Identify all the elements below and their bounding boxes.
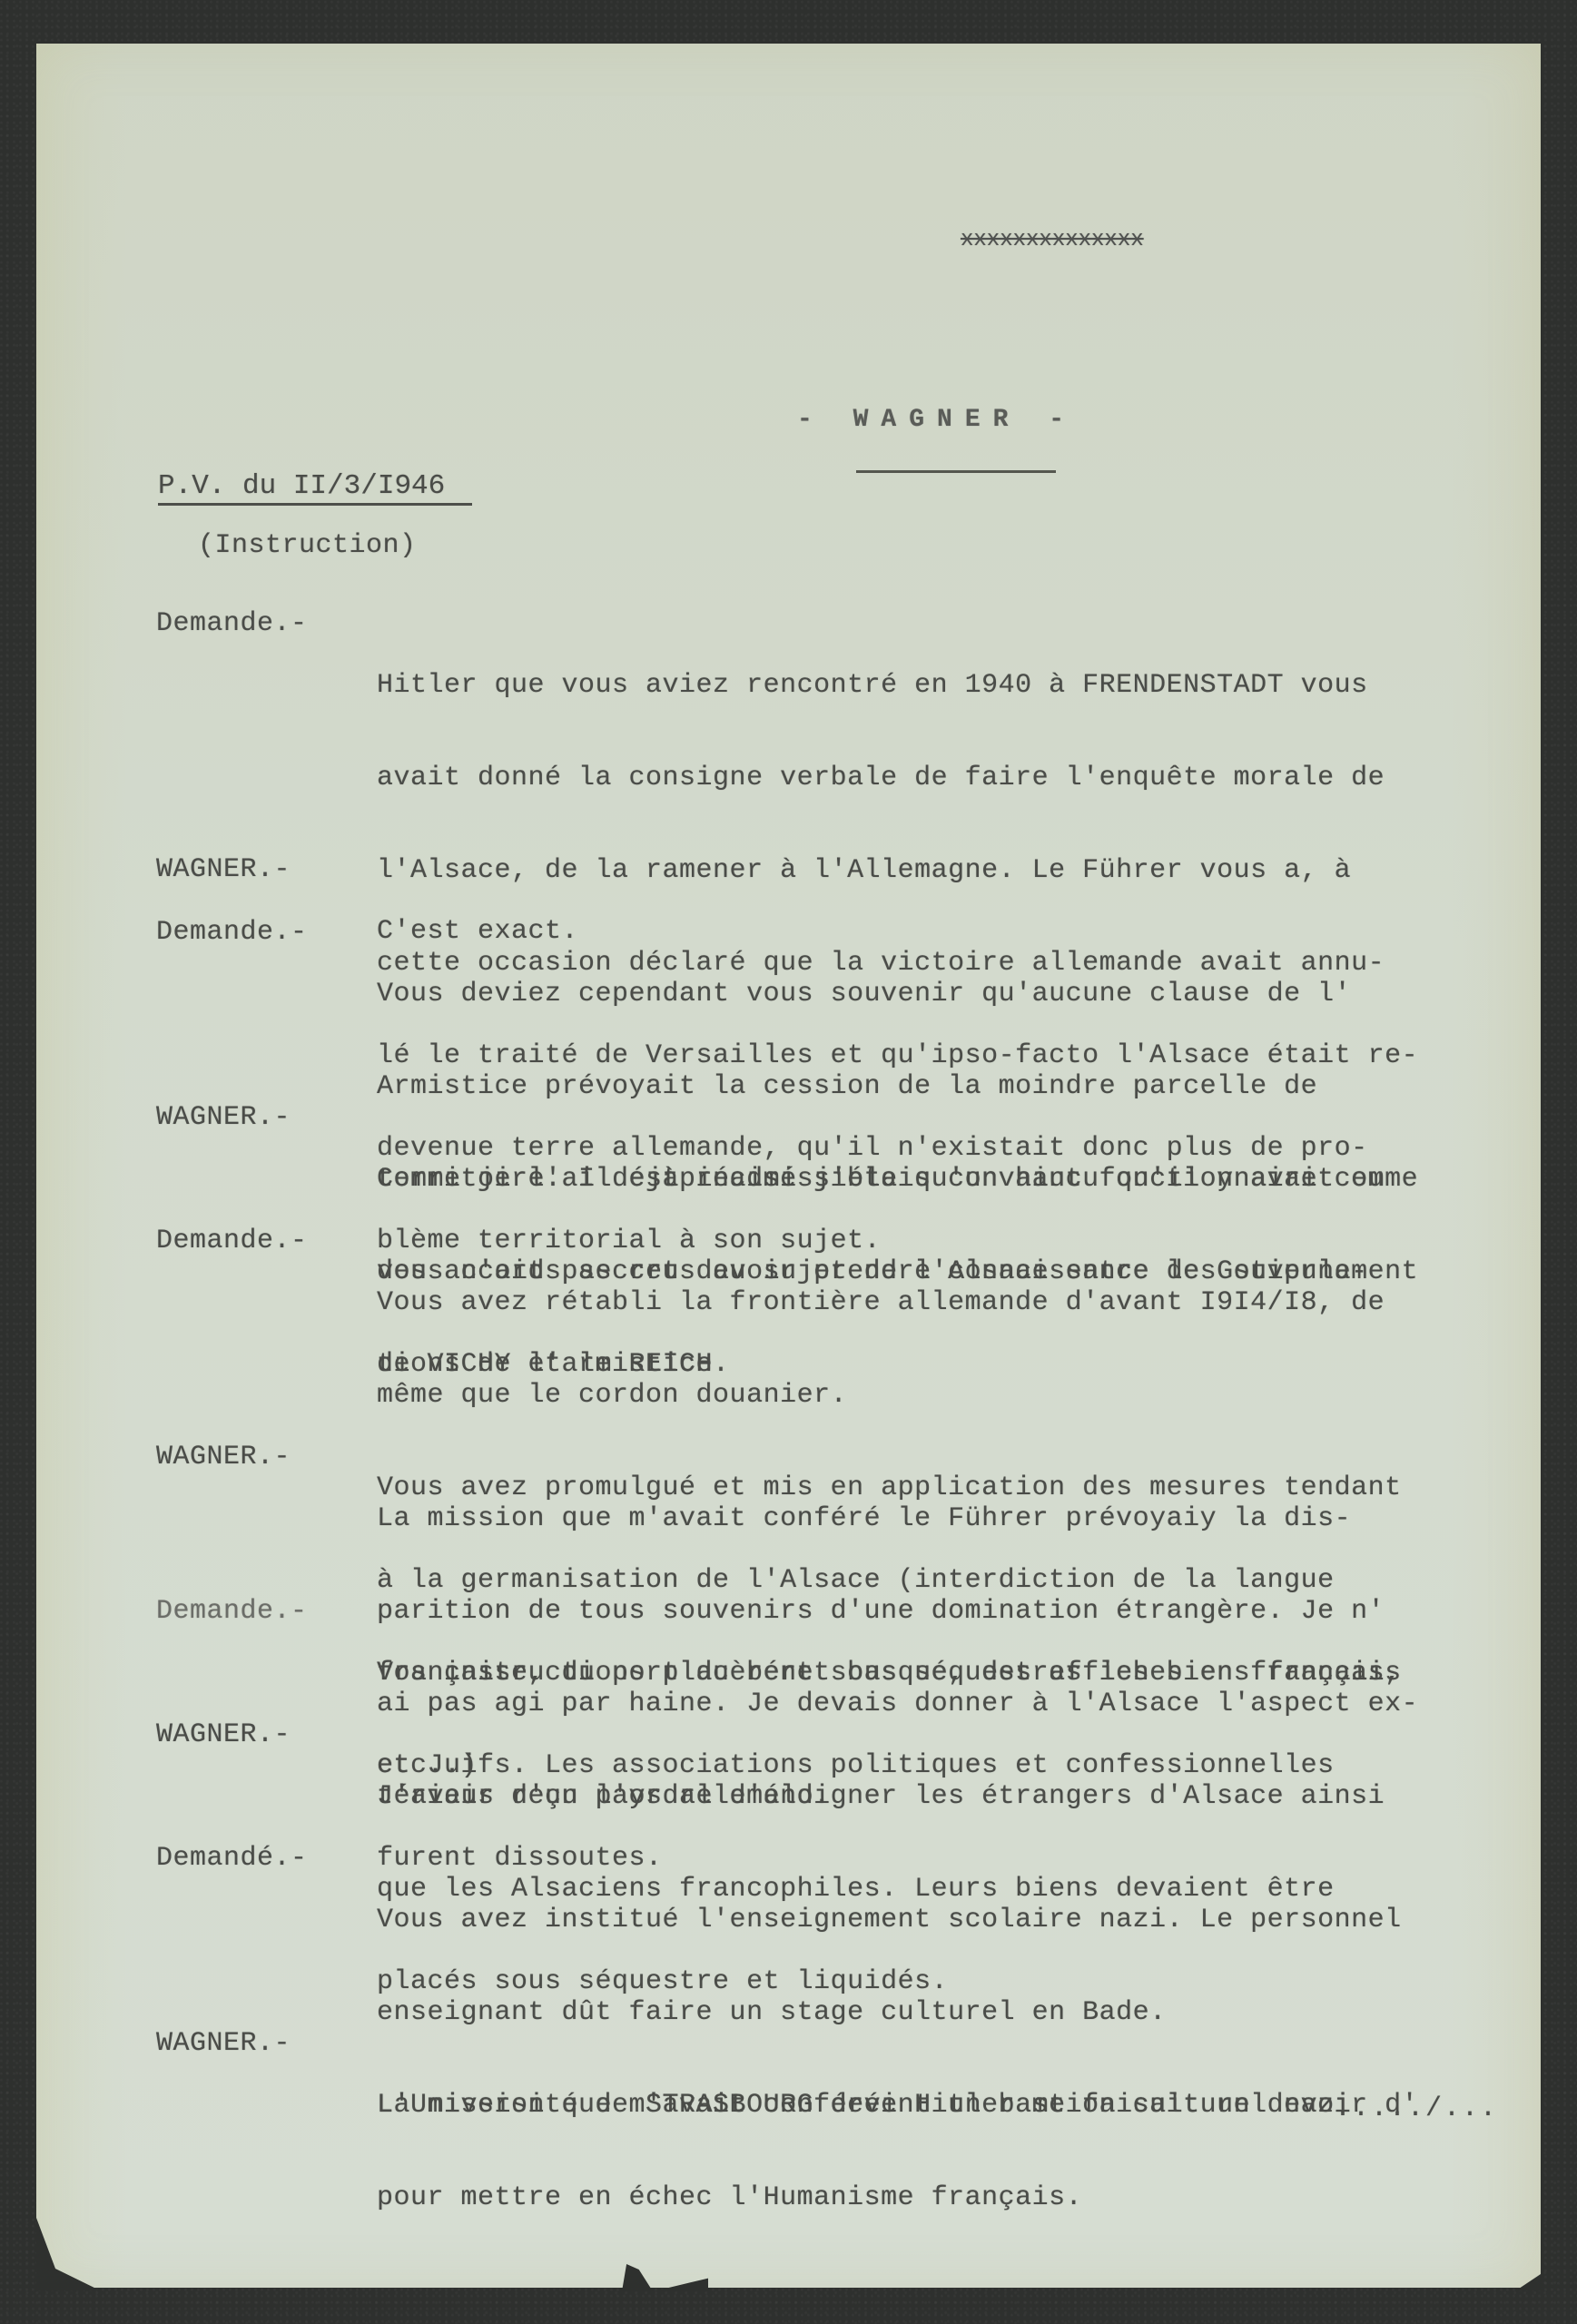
continuation-marker: ...../... — [1335, 2093, 1498, 2124]
torn-corner — [36, 2218, 100, 2290]
document-page: xxxxxxxxxxxxxx - WAGNER - P.V. du II/3/I… — [36, 44, 1541, 2288]
folded-corner — [1516, 2272, 1543, 2290]
speaker-label: WAGNER.- — [156, 1442, 291, 1472]
text-line: enseignant dût faire un stage culturel e… — [377, 1997, 1402, 2028]
text-line: Vos instructions placèrent sous séquestr… — [377, 1658, 1402, 1689]
speaker-label: WAGNER.- — [156, 1719, 291, 1750]
speaker-label: Demandé.- — [156, 1843, 308, 1874]
speaker-label: WAGNER.- — [156, 1102, 291, 1133]
speaker-label: Demande.- — [156, 917, 308, 948]
title-underline — [856, 470, 1056, 473]
exchange-text: La mission que m'avait conférée Hitler m… — [377, 2028, 1418, 2182]
text-line: pour mettre en échec l'Humanisme françai… — [377, 2182, 1402, 2213]
text-line: même que le cordon douanier. — [377, 1380, 1402, 1411]
text-line: Comme je l'ai déjàprécisé j'étais convai… — [377, 1164, 1418, 1195]
speaker-label: Demande.- — [156, 608, 308, 639]
text-line: J'avais reçu l'ordre d'éloigner les étra… — [377, 1781, 1385, 1812]
subtitle-instruction: (Instruction) — [198, 530, 417, 561]
text-line: avait donné la consigne verbale de faire… — [377, 763, 1418, 793]
speaker-label: WAGNER.- — [156, 2028, 291, 2059]
pv-date: P.V. du II/3/I946 — [158, 470, 445, 502]
pv-underline — [158, 503, 472, 506]
speaker-label: Demande.- — [156, 1596, 308, 1627]
text-line: La mission que m'avait conféré le Führer… — [377, 1503, 1418, 1534]
text-line: Vous avez institué l'enseignement scolai… — [377, 1905, 1402, 1935]
speaker-label: Demande.- — [156, 1226, 308, 1256]
text-line: La mission que m'avait conférée Hitler m… — [377, 2090, 1418, 2121]
text-line: Vous avez rétabli la frontière allemande… — [377, 1287, 1402, 1318]
text-line: Vous deviez cependant vous souvenir qu'a… — [377, 979, 1418, 1009]
text-line: Armistice prévoyait la cession de la moi… — [377, 1071, 1418, 1102]
text-line: Hitler que vous aviez rencontré en 1940 … — [377, 670, 1418, 701]
document-title: - WAGNER - — [797, 405, 1077, 436]
speaker-label: WAGNER.- — [156, 854, 291, 885]
crossed-out-header: xxxxxxxxxxxxxx — [961, 225, 1144, 256]
